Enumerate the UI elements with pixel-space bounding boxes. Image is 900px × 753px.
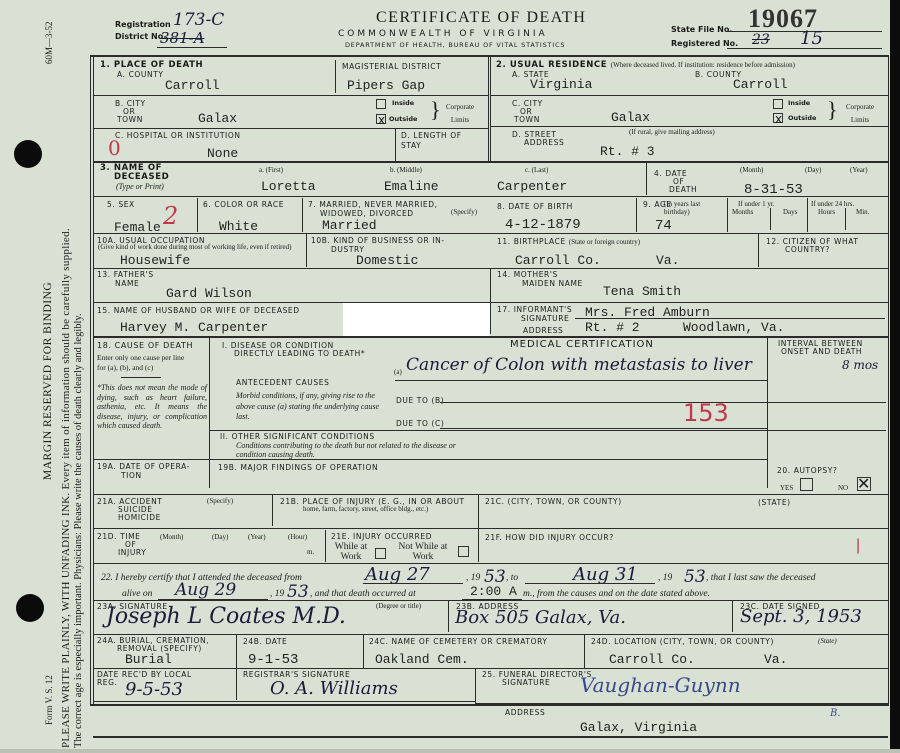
registrar-signature: O. A. Williams [270,678,398,699]
certify-line-2-end: m., from the causes and on the date stat… [523,589,710,599]
father-label: 13. Father's [97,270,154,279]
burial-date-label: 24b. Date [243,637,287,646]
outside-label: Outside [389,115,417,123]
funeral-director-address-label: Address [505,708,545,717]
funeral-director-signature: Vaughan-Guynn [580,673,741,697]
hospital-mark: 0 [108,136,121,160]
inside-checkbox[interactable] [376,99,386,109]
father-label-2: Name [115,279,139,288]
age: 74 [655,218,672,234]
certify-line-1-end: , that I last saw the deceased [706,573,816,583]
magisterial-district: Pipers Gap [347,78,425,93]
death-certificate: 60M—3-52 Form V. S. 12 MARGIN RESERVED F… [0,0,900,753]
birthplace-label-text: 11. Birthplace [497,237,566,246]
time-of-death: 2:00 A [470,584,517,599]
operation-findings-label: 19b. Major Findings of Operation [218,463,378,472]
state-file-label: State File No. [671,25,732,34]
injury-year-label: (Year) [248,533,266,541]
cause-footnote: *This does not mean the mode of dying, s… [97,383,207,431]
hours-label: Hours [818,208,835,216]
residence-corporate-limits: Corporate Limits [838,101,882,127]
from-year-prefix: , 19 [466,573,480,583]
birthplace-state: Va. [656,253,679,268]
residence-heading-text: 2. USUAL RESIDENCE [496,60,607,70]
icd-code: 153 [683,399,729,427]
hospital-label: c. Hospital or Institution [115,131,241,140]
registered-no-struck: 23 [752,32,770,48]
residence-note: (Where deceased lived. If institution: r… [611,61,795,69]
due-to-c-label: DUE TO (c) [396,419,444,428]
residence-state: Virginia [530,77,592,92]
occupation: Housewife [120,253,190,268]
date-signed: Sept. 3, 1953 [740,606,862,627]
injury-day-label: (Day) [212,533,228,541]
place-of-injury-note: home, farm, factory, street, office bldg… [303,505,428,513]
outside-check-mark: x [378,115,385,125]
residence-outside-label: Outside [788,114,816,122]
other-conditions-label: II. Other Significant Conditions [220,432,375,441]
name-heading-note: (Type or Print) [116,182,164,191]
under-1yr-label: If under 1 yr. [738,200,775,208]
autopsy-no-mark: ✕ [857,476,870,492]
to-prefix: , to [506,573,518,583]
injury-city-label: 21c. (City, Town, or County) [485,497,622,506]
birthplace-note: (State or foreign country) [569,238,640,246]
autopsy-no-label: NO [838,484,848,492]
last-name: Carpenter [497,179,567,194]
city-label-town: Town [117,115,143,124]
residence-street: Rt. # 3 [600,144,655,159]
redaction-box [343,303,490,337]
margin-instruction-1: PLEASE WRITE PLAINLY, WITH UNFADING INK.… [60,228,72,748]
dod-month-label: (Month) [740,166,763,174]
sex-mark: 2 [163,202,178,230]
interval-label-2: Onset and Death [781,347,862,356]
document-title: Certificate of Death [376,9,586,27]
usual-residence-heading: 2. USUAL RESIDENCE (Where deceased lived… [496,60,795,70]
burial-location: Carroll Co. [609,652,695,667]
other-conditions-note: Conditions contributing to the death but… [236,441,476,459]
funeral-director-address: Galax, Virginia [580,720,697,735]
interval-a: 8 mos [842,358,878,372]
accident-specify: (Specify) [207,497,233,505]
cause-a: Cancer of Colon with metastasis to liver [406,355,752,375]
first-name: Loretta [261,179,316,194]
months-label: Months [732,208,753,216]
attended-to-year: 53 [684,567,706,587]
cause-a-label: (a) [394,368,402,376]
autopsy-yes-label: YES [780,484,793,492]
age-note: (In years last birthday) [664,200,714,216]
binding-hole-top [14,140,42,168]
marital-label: 7. Married, Never Married, [308,200,438,209]
autopsy-yes-checkbox[interactable] [800,478,813,491]
physician-address: Box 505 Galax, Va. [455,607,626,628]
spouse-name: Harvey M. Carpenter [120,320,268,335]
alive-on-date: Aug 29 [175,580,236,600]
attended-from: Aug 27 [365,564,430,585]
antecedent-note: Morbid conditions, if any, giving rise t… [236,391,394,423]
marital-label-2: Widowed, Divorced [320,209,414,218]
min-label: Min. [856,208,869,216]
attended-to: Aug 31 [573,564,638,585]
informant-address-label: Address [523,326,563,335]
birthplace-label: 11. Birthplace (State or foreign country… [497,237,640,246]
inside-label: Inside [392,99,414,107]
citizen-label-2: Country? [785,245,830,254]
marital-status: Married [322,218,377,233]
residence-city: Galax [611,110,650,125]
binding-hole-bottom [16,594,44,622]
registration-label: Registration [115,20,171,29]
disease-label-2: Directly Leading to Death* [234,349,365,358]
cause-label: 18. Cause of Death [97,341,193,350]
residence-county: Carroll [733,77,788,92]
operation-date-label: 19a. Date of Opera- [97,462,190,471]
burial-type: Burial [125,652,172,667]
cause-instruction-2: for (a), (b), and (c) [97,363,153,372]
business-label: 10b. Kind of Business or In- [311,236,445,245]
form-code: 60M—3-52 [44,22,54,65]
residence-inside-label: Inside [788,99,810,107]
informant-label-2: Signature [521,314,569,323]
name-heading-deceased: DECEASED [114,172,169,182]
residence-city-label-town: Town [514,115,540,124]
spouse-label: 15. Name of Husband or Wife of Deceased [97,306,300,315]
injury-month-label: (Month) [160,533,183,541]
injury-state-label: (State) [758,498,791,507]
autopsy-label: 20. Autopsy? [777,466,837,475]
department: Department of Health, Bureau of Vital St… [345,41,565,49]
business: Domestic [356,253,418,268]
margin-reserved: MARGIN RESERVED FOR BINDING [42,282,54,480]
length-of-stay-label: d. Length of Stay [401,131,481,151]
race: White [219,219,258,234]
injury-hour-label: (Hour) [288,533,307,541]
first-name-label: a. (First) [259,166,283,174]
date-of-birth: 4-12-1879 [505,217,581,233]
burial-date: 9-1-53 [248,652,298,668]
form-number: Form V. S. 12 [44,675,54,725]
date-received: 9-5-53 [125,679,183,700]
margin-instruction-2: The correct age is especially important.… [73,313,84,748]
while-at-work-label: While at Work [331,542,371,562]
time-of-injury-injury: Injury [118,548,146,557]
mother-name: Tena Smith [603,284,681,299]
injury-red-mark: | [856,537,860,555]
date-received-label-2: Reg. [97,678,118,687]
injury-m-label: m. [307,548,314,556]
burial-location-state: Va. [764,652,787,667]
scan-edge-right [890,0,900,753]
residence-inside-checkbox[interactable] [773,99,783,109]
informant-label: 17. Informant's [497,305,572,314]
cause-instruction-1: Enter only one cause per line [97,353,184,362]
location-label: 24d. Location (City, town, or county) [591,637,774,646]
alive-year-prefix: , 19 [270,589,284,599]
location-label-text: 24d. Location (City, town, or county) [591,637,774,646]
last-name-label: c. (Last) [525,166,548,174]
marital-specify: (Specify) [451,208,477,216]
death-county: Carroll [165,78,220,93]
corporate-limits: Corporate Limits [441,101,479,127]
date-of-death-label-death: Death [669,185,697,194]
sex-label: 5. Sex [107,200,135,209]
place-of-death-heading: 1. PLACE OF DEATH [100,60,203,70]
cemetery: Oakland Cem. [375,652,469,667]
location-state-label: (State) [818,637,837,645]
scan-edge-bottom [0,749,900,753]
death-occurred-label: , and that death occurred at [310,589,416,599]
father-name: Gard Wilson [166,286,252,301]
not-while-at-work-label: Not While at Work [394,542,452,562]
antecedent-label: Antecedent Causes [236,378,329,387]
mother-label: 14. Mother's [497,270,558,279]
document-title-text: Certificate of Death [376,9,586,26]
how-injury-label: 21f. How Did Injury Occur? [485,533,614,542]
race-label: 6. Color or Race [203,200,284,209]
funeral-director-label-2: Signature [502,678,550,687]
residence-outside-check-mark: x [775,114,782,124]
funeral-director-mark: B. [830,708,841,719]
to-year-prefix: , 19 [658,573,672,583]
street-label-address: Address [524,138,564,147]
informant-address-2: Woodlawn, Va. [683,320,784,335]
injury-occurred-label: 21e. Injury Occurred [331,532,432,541]
registration-district-value: 173-C [173,10,224,30]
under-24hrs-label: If under 24 hrs. [811,200,854,208]
dob-label: 8. Date of Birth [497,202,573,211]
homicide-label: Homicide [118,513,161,522]
while-at-work-checkbox[interactable] [375,548,386,559]
occupation-note: (Give kind of work done during most of w… [98,243,303,251]
dod-year-label: (Year) [850,166,868,174]
middle-name: Emaline [384,179,439,194]
document-subtitle: Commonwealth of Virginia [338,29,548,39]
alive-on-year: 53 [287,582,309,602]
informant-address-1: Rt. # 2 [585,320,640,335]
registered-no-value: 15 [800,28,823,49]
days-label: Days [783,208,797,216]
not-while-at-work-checkbox[interactable] [458,546,469,557]
operation-date-label-2: tion [121,471,142,480]
registration-district-struck: 381-A [160,29,205,47]
street-note: (If rural, give mailing address) [629,128,715,136]
medical-heading: MEDICAL CERTIFICATION [510,339,654,350]
physician-signature: Joseph L Coates M.D. [106,604,346,629]
due-to-b-label: DUE TO (b) [396,396,444,405]
degree-label: (Degree or title) [376,602,421,610]
death-city: Galax [198,111,237,126]
cemetery-label: 24c. Name of Cemetery or Crematory [369,637,548,646]
county-label: a. County [117,70,164,79]
dod-day-label: (Day) [805,166,821,174]
registered-no-label: Registered No. [671,39,738,48]
mother-label-2: Maiden Name [522,279,583,288]
hospital: None [207,146,238,161]
alive-on-label: alive on [122,589,152,599]
magisterial-label: Magisterial District [342,62,441,71]
middle-name-label: b. (Middle) [390,166,422,174]
birthplace-county: Carroll Co. [515,253,601,268]
